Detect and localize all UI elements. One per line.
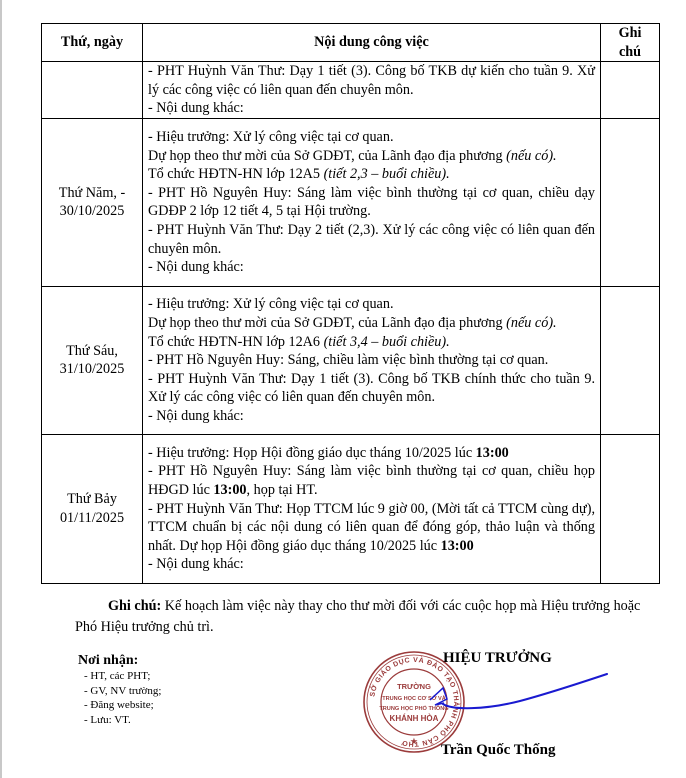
meeting-condition: (nếu có). [506, 315, 556, 331]
meeting-time: 13:00 [476, 445, 509, 461]
recipient-item: - Đăng website; [84, 698, 161, 713]
meeting-time: 13:00 [441, 538, 474, 554]
meeting-task: Dự họp theo thư mời của Sở GDĐT, của Lãn… [148, 314, 595, 333]
meeting-task: Dự họp theo thư mời của Sở GDĐT, của Lãn… [148, 147, 595, 166]
vp1-tail: , họp tại HT. [247, 482, 318, 498]
principal-text: - Hiệu trưởng: Họp Hội đồng giáo dục thá… [148, 445, 476, 461]
content-cell: - Hiệu trưởng: Họp Hội đồng giáo dục thá… [143, 434, 601, 583]
day-date: 31/10/2025 [60, 361, 125, 377]
day-date: 30/10/2025 [60, 203, 125, 219]
activity-task: Tổ chức HĐTN-HN lớp 12A5 (tiết 2,3 – buổ… [148, 165, 595, 184]
notes-cell [601, 62, 660, 119]
table-row: Thứ Sáu, 31/10/2025 - Hiệu trưởng: Xử lý… [42, 286, 660, 434]
content-cell: - Hiệu trưởng: Xử lý công việc tại cơ qu… [143, 286, 601, 434]
header-notes-line2: chú [619, 44, 641, 60]
work-schedule-table: Thứ, ngày Nội dung công việc Ghi chú - P… [41, 23, 660, 584]
content-cell: - Hiệu trưởng: Xử lý công việc tại cơ qu… [143, 118, 601, 286]
day-cell [42, 62, 143, 119]
activity-time: (tiết 3,4 – buổi chiều). [324, 334, 450, 350]
signer-name: Trần Quốc Thống [441, 742, 555, 759]
vice-principal-2-task: - PHT Huỳnh Văn Thư: Dạy 1 tiết (3). Côn… [148, 370, 595, 407]
recipients-title: Nơi nhận: [78, 652, 161, 669]
table-row: - PHT Huỳnh Văn Thư: Dạy 1 tiết (3). Côn… [42, 62, 660, 119]
vice-principal-2-task: - PHT Huỳnh Văn Thư: Dạy 2 tiết (2,3). X… [148, 221, 595, 258]
content-line: - PHT Huỳnh Văn Thư: Dạy 1 tiết (3). Côn… [148, 62, 595, 99]
recipients-block: Nơi nhận: - HT, các PHT; - GV, NV trường… [78, 652, 161, 727]
day-name: Thứ Bảy [67, 491, 117, 507]
principal-task: - Hiệu trưởng: Họp Hội đồng giáo dục thá… [148, 444, 595, 463]
principal-task: - Hiệu trưởng: Xử lý công việc tại cơ qu… [148, 128, 595, 147]
notes-cell [601, 286, 660, 434]
vice-principal-1-task: - PHT Hồ Nguyên Huy: Sáng làm việc bình … [148, 462, 595, 499]
principal-task: - Hiệu trưởng: Xử lý công việc tại cơ qu… [148, 295, 595, 314]
day-date: 01/11/2025 [60, 510, 124, 526]
content-cell: - PHT Huỳnh Văn Thư: Dạy 1 tiết (3). Côn… [143, 62, 601, 119]
meeting-text: Dự họp theo thư mời của Sở GDĐT, của Lãn… [148, 315, 506, 331]
header-day: Thứ, ngày [42, 24, 143, 62]
notes-cell [601, 118, 660, 286]
vice-principal-2-task: - PHT Huỳnh Văn Thư: Họp TTCM lúc 9 giờ … [148, 500, 595, 556]
activity-time: (tiết 2,3 – buổi chiều). [324, 166, 450, 182]
table-row: Thứ Bảy 01/11/2025 - Hiệu trưởng: Họp Hộ… [42, 434, 660, 583]
footnote: Ghi chú: Kế hoạch làm việc này thay cho … [75, 596, 665, 638]
activity-text: Tổ chức HĐTN-HN lớp 12A6 [148, 334, 324, 350]
recipient-item: - HT, các PHT; [84, 669, 161, 684]
day-cell: Thứ Sáu, 31/10/2025 [42, 286, 143, 434]
other-content: - Nội dung khác: [148, 258, 595, 277]
activity-text: Tổ chức HĐTN-HN lớp 12A5 [148, 166, 324, 182]
vp2-text: - PHT Huỳnh Văn Thư: Họp TTCM lúc 9 giờ … [148, 501, 595, 554]
page-edge [0, 0, 2, 778]
header-notes-line1: Ghi [619, 25, 642, 41]
day-cell: Thứ Năm, - 30/10/2025 [42, 118, 143, 286]
svg-text:TRƯỜNG: TRƯỜNG [397, 682, 431, 691]
footnote-label: Ghi chú: [108, 598, 161, 614]
activity-task: Tổ chức HĐTN-HN lớp 12A6 (tiết 3,4 – buổ… [148, 333, 595, 352]
recipient-item: - GV, NV trường; [84, 684, 161, 699]
notes-cell [601, 434, 660, 583]
meeting-condition: (nếu có). [506, 148, 556, 164]
vice-principal-1-task: - PHT Hồ Nguyên Huy: Sáng làm việc bình … [148, 184, 595, 221]
other-content: - Nội dung khác: [148, 555, 595, 574]
handwritten-signature-icon [430, 665, 620, 725]
day-name: Thứ Năm, - [59, 185, 125, 201]
meeting-text: Dự họp theo thư mời của Sở GDĐT, của Lãn… [148, 148, 506, 164]
recipient-item: - Lưu: VT. [84, 713, 161, 728]
vice-principal-1-task: - PHT Hồ Nguyên Huy: Sáng, chiều làm việ… [148, 351, 595, 370]
day-name: Thứ Sáu, [66, 343, 118, 359]
other-content: - Nội dung khác: [148, 407, 595, 426]
header-content: Nội dung công việc [143, 24, 601, 62]
header-notes: Ghi chú [601, 24, 660, 62]
svg-text:★: ★ [410, 737, 418, 746]
meeting-time: 13:00 [213, 482, 246, 498]
day-cell: Thứ Bảy 01/11/2025 [42, 434, 143, 583]
table-header-row: Thứ, ngày Nội dung công việc Ghi chú [42, 24, 660, 62]
table-row: Thứ Năm, - 30/10/2025 - Hiệu trưởng: Xử … [42, 118, 660, 286]
content-line: - Nội dung khác: [148, 99, 595, 118]
